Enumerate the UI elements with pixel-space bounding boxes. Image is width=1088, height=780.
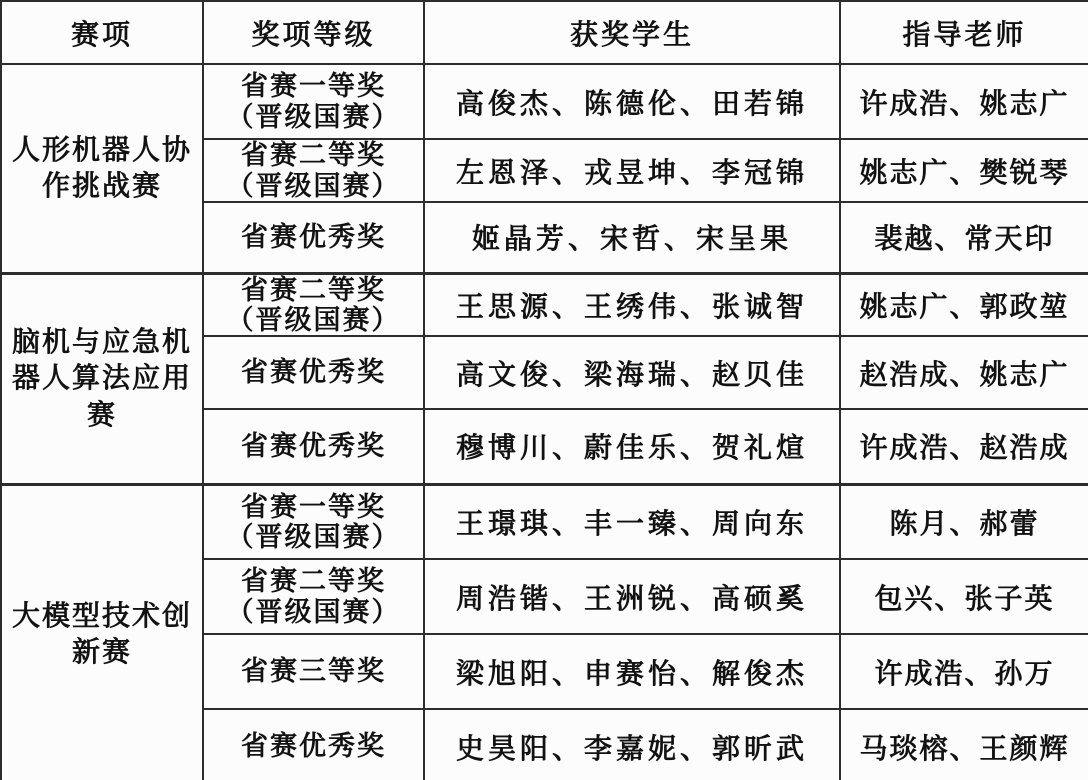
award-level: 省赛一等奖 [208,492,419,522]
award-cell: 省赛二等奖 （晋级国赛） [203,559,424,634]
award-level: 省赛一等奖 [208,71,419,101]
competition-cell-large-model: 大模型技术创新赛 [1,484,203,780]
award-note: （晋级国赛） [208,522,419,552]
award-level: 省赛二等奖 [208,275,419,305]
teachers-cell: 包兴、张子英 [840,559,1088,634]
award-level: 省赛优秀奖 [208,731,419,761]
award-level: 省赛优秀奖 [208,222,419,252]
award-cell: 省赛三等奖 [203,634,424,709]
award-cell: 省赛优秀奖 [203,336,424,409]
award-level: 省赛二等奖 [208,566,419,596]
competition-name: 人形机器人协作挑战赛 [7,132,197,205]
award-cell: 省赛优秀奖 [203,202,424,273]
award-cell: 省赛优秀奖 [203,709,424,780]
students-cell: 高文俊、梁海瑞、赵贝佳 [424,336,840,409]
teachers-cell: 马琰榕、王颜辉 [840,709,1088,780]
students-cell: 左恩泽、戎昱坤、李冠锦 [424,139,840,202]
table-row: 脑机与应急机器人算法应用赛 省赛二等奖 （晋级国赛） 王思源、王绣伟、张诚智 姚… [1,273,1088,336]
teachers-cell: 许成浩、赵浩成 [840,409,1088,484]
award-level: 省赛三等奖 [208,656,419,686]
teachers-cell: 姚志广、郭政堃 [840,273,1088,336]
competition-name: 大模型技术创新赛 [7,598,197,671]
students-cell: 姬晶芳、宋哲、宋呈果 [424,202,840,273]
header-students: 获奖学生 [424,1,840,64]
award-table: 赛项 奖项等级 获奖学生 指导老师 人形机器人协作挑战赛 省赛一等奖 （晋级国赛… [0,0,1088,780]
award-note: （晋级国赛） [208,102,419,132]
teachers-cell: 赵浩成、姚志广 [840,336,1088,409]
award-note: （晋级国赛） [208,171,419,201]
students-cell: 穆博川、蔚佳乐、贺礼煊 [424,409,840,484]
students-cell: 王思源、王绣伟、张诚智 [424,273,840,336]
students-cell: 梁旭阳、申赛怡、解俊杰 [424,634,840,709]
teachers-cell: 许成浩、姚志广 [840,64,1088,139]
table-row: 大模型技术创新赛 省赛一等奖 （晋级国赛） 王璟琪、丰一臻、周向东 陈月、郝蕾 [1,484,1088,559]
teachers-cell: 陈月、郝蕾 [840,484,1088,559]
students-cell: 周浩锴、王洲锐、高硕奚 [424,559,840,634]
award-cell: 省赛一等奖 （晋级国赛） [203,484,424,559]
award-cell: 省赛二等奖 （晋级国赛） [203,273,424,336]
award-note: （晋级国赛） [208,597,419,627]
competition-cell-humanoid-robot: 人形机器人协作挑战赛 [1,64,203,273]
competition-cell-brain-computer: 脑机与应急机器人算法应用赛 [1,273,203,484]
award-level: 省赛二等奖 [208,140,419,170]
header-row: 赛项 奖项等级 获奖学生 指导老师 [1,1,1088,64]
teachers-cell: 许成浩、孙万 [840,634,1088,709]
header-award-level: 奖项等级 [203,1,424,64]
teachers-cell: 姚志广、樊锐琴 [840,139,1088,202]
teachers-cell: 裴越、常天印 [840,202,1088,273]
award-cell: 省赛优秀奖 [203,409,424,484]
header-teachers: 指导老师 [840,1,1088,64]
students-cell: 高俊杰、陈德伦、田若锦 [424,64,840,139]
award-level: 省赛优秀奖 [208,357,419,387]
competition-name: 脑机与应急机器人算法应用赛 [7,324,197,433]
header-competition: 赛项 [1,1,203,64]
award-cell: 省赛一等奖 （晋级国赛） [203,64,424,139]
students-cell: 史昊阳、李嘉妮、郭昕武 [424,709,840,780]
table-row: 人形机器人协作挑战赛 省赛一等奖 （晋级国赛） 高俊杰、陈德伦、田若锦 许成浩、… [1,64,1088,139]
award-level: 省赛优秀奖 [208,431,419,461]
students-cell: 王璟琪、丰一臻、周向东 [424,484,840,559]
award-cell: 省赛二等奖 （晋级国赛） [203,139,424,202]
award-note: （晋级国赛） [208,305,419,335]
